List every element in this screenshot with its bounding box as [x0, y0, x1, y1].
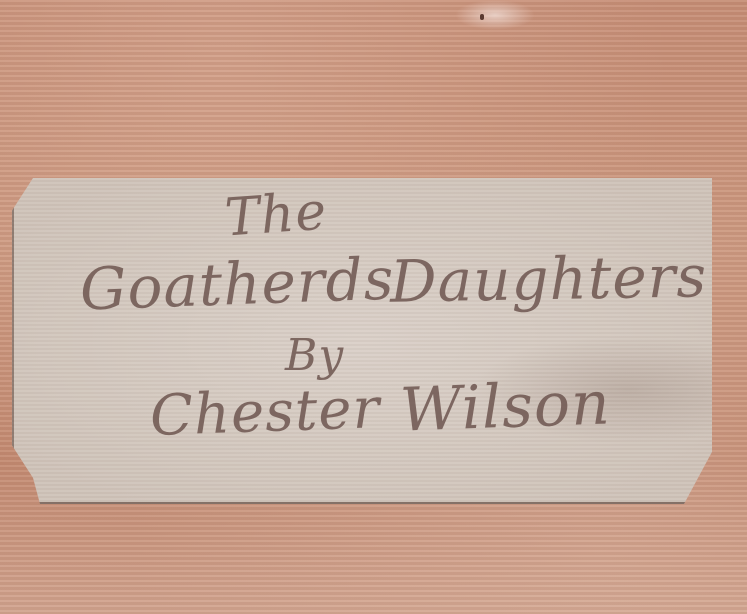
label-author-first-name: Chester	[149, 376, 381, 449]
label-title-word-2: Daughters	[389, 242, 707, 316]
label-author-last-name: Wilson	[399, 368, 612, 445]
paper-stain-dot	[480, 14, 484, 20]
paper-label	[12, 178, 712, 504]
label-by: By	[285, 330, 344, 381]
paper-scuff-mark	[455, 0, 535, 30]
label-title-word-1: Goatherds	[79, 245, 396, 324]
label-title-article: The	[223, 182, 329, 249]
